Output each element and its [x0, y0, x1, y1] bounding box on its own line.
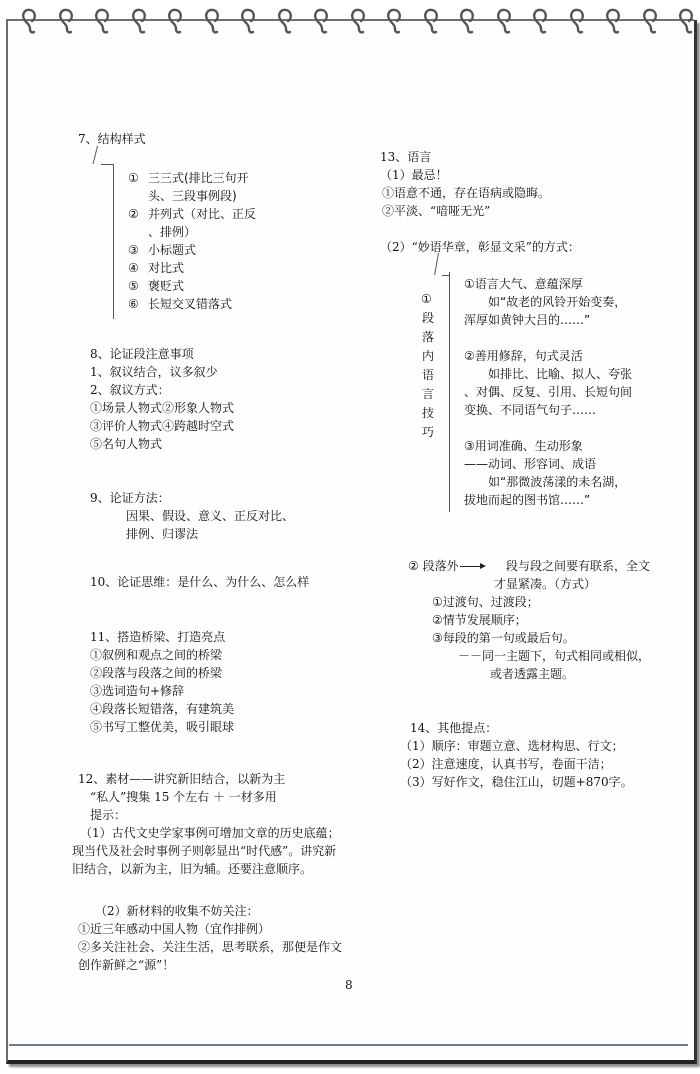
page-number: 8 — [345, 976, 353, 994]
section-13-title: 13、语言 — [380, 148, 431, 166]
bracket-line — [113, 164, 114, 319]
text-line: ①语意不通，存在语病或隐晦。 — [382, 184, 550, 202]
list-item: 三三式(排比三句开 — [148, 169, 249, 187]
spiral-ring-icon — [568, 5, 586, 35]
spiral-ring-icon — [422, 5, 440, 35]
spiral-ring-icon — [385, 5, 403, 35]
text-line: （1）顺序：审题立意、选材构思、行文； — [400, 737, 624, 755]
text-line: （3）写好作文，稳住江山，切题+870字。 — [400, 773, 633, 791]
text-line: 如“故老的风铃开始变奏， — [464, 293, 626, 311]
list-item-num: ① — [128, 169, 139, 187]
text-line: ②情节发展顺序； — [432, 611, 527, 629]
outer-label: ② 段落外 — [408, 557, 459, 575]
list-item: 长短交叉错落式 — [148, 295, 232, 313]
inner-label-vertical: 段 落 内 语 言 技 巧 — [421, 309, 435, 442]
text-line: －－同一主题下，句式相同或相似， — [458, 647, 650, 665]
spiral-binding — [0, 0, 700, 40]
bracket-line — [449, 272, 450, 512]
text-line: “私人”搜集 15 个左右 ＋ 一材多用 — [90, 788, 277, 806]
text-line: ③用词准确、生动形象 — [464, 437, 583, 455]
text-line: 2、叙议方式： — [90, 381, 170, 399]
hint-label: 提示： — [90, 806, 126, 824]
text-line: ③每段的第一句或最后句。 — [432, 629, 575, 647]
spiral-ring-icon — [20, 5, 38, 35]
spiral-ring-icon — [531, 5, 549, 35]
text-line: 现当代及社会时事例子则彰显出“时代感”。讲究新 — [72, 842, 336, 860]
text-line: 拔地而起的图书馆……” — [464, 491, 590, 509]
list-item: 、排例） — [148, 223, 196, 241]
spiral-ring-icon — [130, 5, 148, 35]
text-line: ③评价人物式④跨越时空式 — [90, 417, 234, 435]
spiral-ring-icon — [641, 5, 659, 35]
spiral-ring-icon — [239, 5, 257, 35]
text-line: 或者透露主题。 — [490, 665, 574, 683]
list-item-num: ⑤ — [128, 277, 139, 295]
text-line: 如“那微波荡漾的未名湖， — [464, 473, 626, 491]
text-line: 段与段之间要有联系，全文 — [506, 557, 650, 575]
list-item-num: ③ — [128, 241, 139, 259]
section-12-title: 12、素材——讲究新旧结合，以新为主 — [78, 770, 285, 788]
text-line: 如排比、比喻、拟人、夸张 — [464, 365, 632, 383]
section-8-title: 8、论证段注意事项 — [90, 345, 194, 363]
text-line: 排例、归谬法 — [126, 525, 198, 543]
text-line: （2）新材料的收集不妨关注： — [95, 902, 259, 920]
text-line: ②善用修辞，句式灵活 — [464, 347, 583, 365]
text-line: 变换、不同语气句子…… — [464, 401, 596, 419]
section-14-title: 14、其他提点： — [410, 719, 497, 737]
char: 段 — [421, 309, 435, 328]
text-line: ③选词造句+修辞 — [90, 682, 184, 700]
text-line: ⑤书写工整优美，吸引眼球 — [90, 718, 234, 736]
list-item: 褒贬式 — [148, 277, 184, 295]
section-11-title: 11、搭造桥梁、打造亮点 — [90, 628, 225, 646]
spiral-ring-icon — [57, 5, 75, 35]
section-10-title: 10、论证思维：是什么、为什么、怎么样 — [90, 573, 309, 591]
text-line: （2）注意速度，认真书写，卷面干洁； — [400, 755, 612, 773]
text-line: ①叙例和观点之间的桥梁 — [90, 646, 222, 664]
text-line: 1、叙议结合，议多叙少 — [90, 363, 218, 381]
text-line: 浑厚如黄钟大吕的……” — [464, 311, 590, 329]
text-line: （1）最忌！ — [380, 166, 448, 184]
spiral-ring-icon — [349, 5, 367, 35]
list-item: 对比式 — [148, 259, 184, 277]
spiral-ring-icon — [166, 5, 184, 35]
list-item: 头、三段事例段) — [148, 187, 237, 205]
text-line: ①近三年感动中国人物（宜作排例） — [78, 920, 270, 938]
page-bottom-rule — [9, 1044, 688, 1046]
spiral-ring-icon — [458, 5, 476, 35]
char: 落 — [421, 328, 435, 347]
section-7-title: 7、结构样式 — [78, 130, 146, 148]
list-item: 并列式（对比、正反 — [148, 205, 256, 223]
text-line: ①语言大气、意蕴深厚 — [464, 275, 583, 293]
list-item-num: ④ — [128, 259, 139, 277]
text-line: （2）“妙语华章，彰显文采”的方式： — [380, 238, 580, 256]
spiral-ring-icon — [677, 5, 695, 35]
text-line: 因果、假设、意义、正反对比、 — [126, 507, 294, 525]
text-line: 旧结合，以新为主，旧为辅。还要注意顺序。 — [72, 860, 312, 878]
list-item-num: ② — [128, 205, 139, 223]
spiral-ring-icon — [495, 5, 513, 35]
text-line: ②段落与段落之间的桥梁 — [90, 664, 222, 682]
section-9-title: 9、论证方法： — [90, 489, 170, 507]
text-line: ①过渡句、过渡段； — [432, 593, 539, 611]
text-line: ②多关注社会、关注生活，思考联系，那便是作文 — [78, 938, 342, 956]
char: 内 — [421, 347, 435, 366]
text-line: 、对偶、反复、引用、长短句间 — [464, 383, 632, 401]
text-line: ②平淡、“喑哑无光” — [382, 202, 490, 220]
char: 语 — [421, 366, 435, 385]
spiral-ring-icon — [93, 5, 111, 35]
text-line: ④段落长短错落，有建筑美 — [90, 700, 234, 718]
spiral-ring-icon — [312, 5, 330, 35]
text-line: ①场景人物式②形象人物式 — [90, 399, 234, 417]
list-item: 小标题式 — [148, 241, 196, 259]
spiral-ring-icon — [276, 5, 294, 35]
char: 技 — [421, 404, 435, 423]
char: 言 — [421, 385, 435, 404]
text-line: 才显紧凑。（方式） — [494, 575, 596, 593]
char: 巧 — [421, 423, 435, 442]
text-line: 创作新鲜之“源”！ — [78, 956, 174, 974]
list-item-num: ⑥ — [128, 295, 139, 313]
spiral-ring-icon — [203, 5, 221, 35]
text-line: ——动词、形容词、成语 — [464, 455, 596, 473]
text-line: （1）古代文史学家事例可增加文章的历史底蕴； — [80, 824, 340, 842]
text-line: ⑤名句人物式 — [90, 435, 162, 453]
bracket-connector — [442, 275, 449, 276]
inner-label-num: ① — [421, 290, 432, 308]
spiral-ring-icon — [604, 5, 622, 35]
arrow-right-icon — [460, 566, 484, 567]
bracket-connector — [101, 164, 113, 165]
